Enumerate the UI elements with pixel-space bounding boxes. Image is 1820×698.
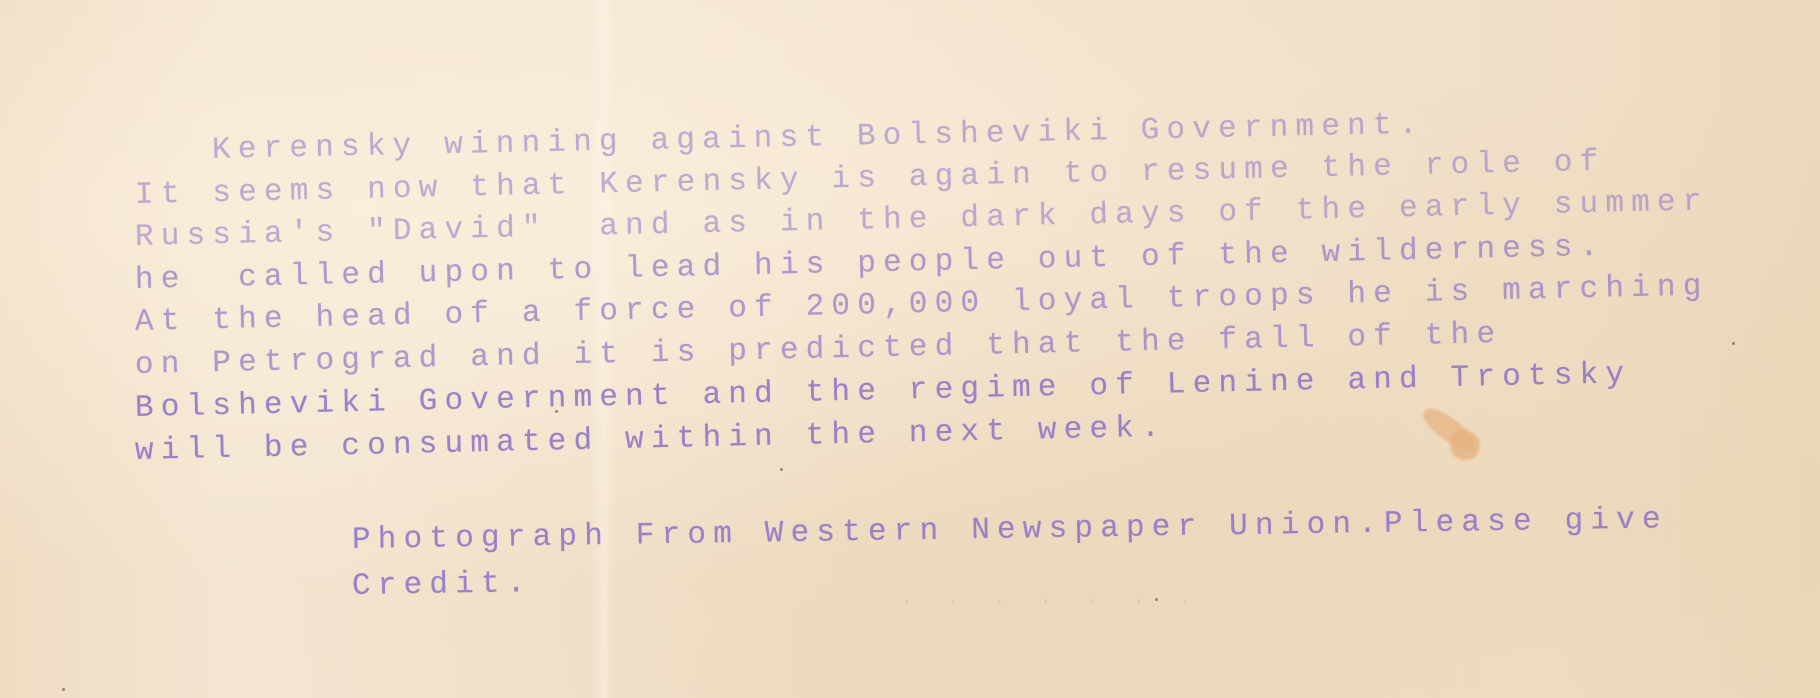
- paper-speck: [1732, 342, 1735, 345]
- photo-credit-line: Credit.: [352, 568, 533, 602]
- illegible-ink-marks: . . . . . . .: [900, 585, 1202, 610]
- paper-stain: [1450, 430, 1480, 460]
- paper-speck: [780, 468, 783, 471]
- paper-speck: [62, 688, 65, 691]
